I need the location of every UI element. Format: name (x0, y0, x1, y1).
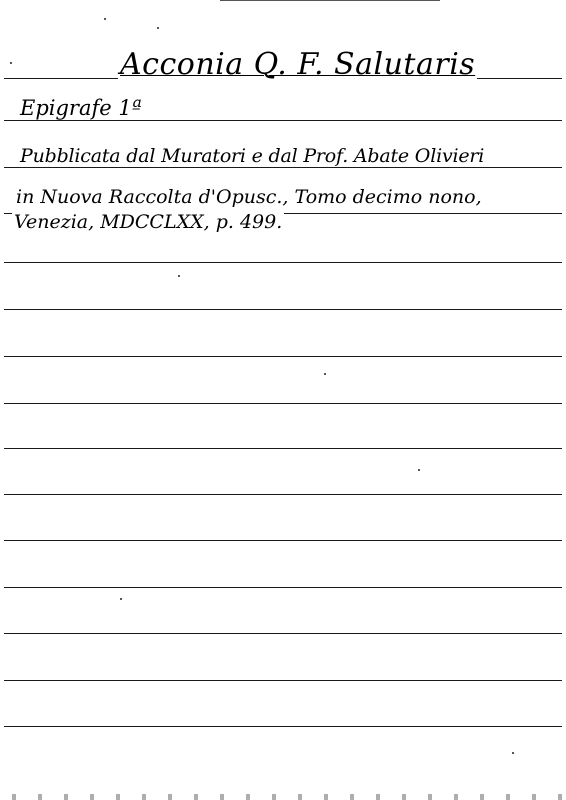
scan-speck (10, 62, 12, 64)
body-line-2: in Nuova Raccolta d'Opusc., Tomo decimo … (14, 188, 484, 207)
ruled-line (4, 540, 562, 541)
ruled-line (4, 494, 562, 495)
body-line-3: Venezia, MDCCLXX, p. 499. (12, 213, 284, 232)
body-line-1: Pubblicata dal Muratori e dal Prof. Abat… (18, 147, 486, 166)
scan-edge-top (220, 0, 440, 1)
scan-speck (120, 598, 122, 600)
ruled-line (4, 356, 562, 357)
ruled-line (4, 633, 562, 634)
scan-speck (324, 373, 326, 375)
ruled-line (4, 120, 562, 121)
ruled-line (4, 726, 562, 727)
scan-speck (418, 469, 420, 471)
ruled-line (4, 262, 562, 263)
scan-edge-bottom (0, 794, 566, 800)
scan-speck (157, 27, 159, 29)
card-heading: Epigrafe 1ª (18, 98, 144, 119)
ruled-line (4, 587, 562, 588)
card-title: Acconia Q. F. Salutaris (118, 50, 477, 80)
ruled-line (4, 403, 562, 404)
ruled-line (4, 448, 562, 449)
ruled-line (4, 680, 562, 681)
scan-speck (104, 18, 106, 20)
scan-speck (178, 275, 180, 277)
ruled-line (4, 309, 562, 310)
scan-speck (512, 752, 514, 754)
ruled-line (4, 167, 562, 168)
index-card: Acconia Q. F. Salutaris Epigrafe 1ª Pubb… (0, 0, 566, 800)
